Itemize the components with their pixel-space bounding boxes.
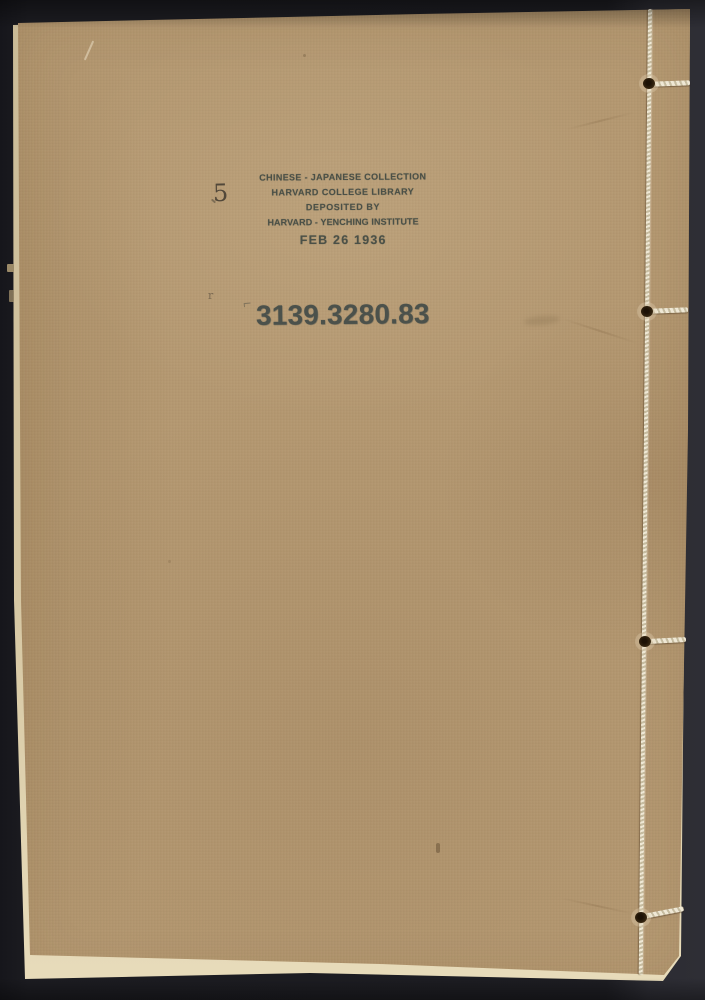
stamp-line-library: HARVARD COLLEGE LIBRARY bbox=[245, 184, 441, 200]
stray-mark: r bbox=[208, 289, 213, 302]
stamp-line-deposited: DEPOSITED BY bbox=[245, 199, 441, 215]
cover-texture bbox=[0, 0, 705, 1000]
page-edge-fleck bbox=[7, 264, 14, 272]
scan-background: CHINESE - JAPANESE COLLECTION HARVARD CO… bbox=[0, 0, 705, 1000]
date-stamp: FEB 26 1936 bbox=[245, 233, 441, 248]
stamp-line-collection: CHINESE - JAPANESE COLLECTION bbox=[245, 169, 441, 185]
stitch-hole bbox=[643, 78, 655, 89]
paper-crease bbox=[566, 112, 634, 130]
paper-crease bbox=[562, 318, 639, 344]
stamp-line-institute: HARVARD - YENCHING INSTITUTE bbox=[245, 214, 441, 230]
page-edge-fleck bbox=[9, 290, 14, 302]
call-number-stamp: 3139.3280.83 bbox=[256, 298, 430, 332]
stitch-hole bbox=[639, 636, 651, 647]
paper-crease bbox=[561, 897, 635, 914]
paper-speck bbox=[303, 54, 306, 57]
smudge-mark bbox=[524, 314, 561, 326]
paper-speck bbox=[168, 560, 171, 563]
call-number-artifact: ⌐ bbox=[242, 295, 252, 312]
book-cover: CHINESE - JAPANESE COLLECTION HARVARD CO… bbox=[0, 0, 705, 1000]
library-stamp: CHINESE - JAPANESE COLLECTION HARVARD CO… bbox=[245, 169, 442, 248]
stitch-hole bbox=[641, 306, 653, 317]
paper-speck bbox=[436, 843, 440, 853]
stitch-hole bbox=[635, 912, 647, 923]
scratch-mark bbox=[84, 41, 94, 61]
